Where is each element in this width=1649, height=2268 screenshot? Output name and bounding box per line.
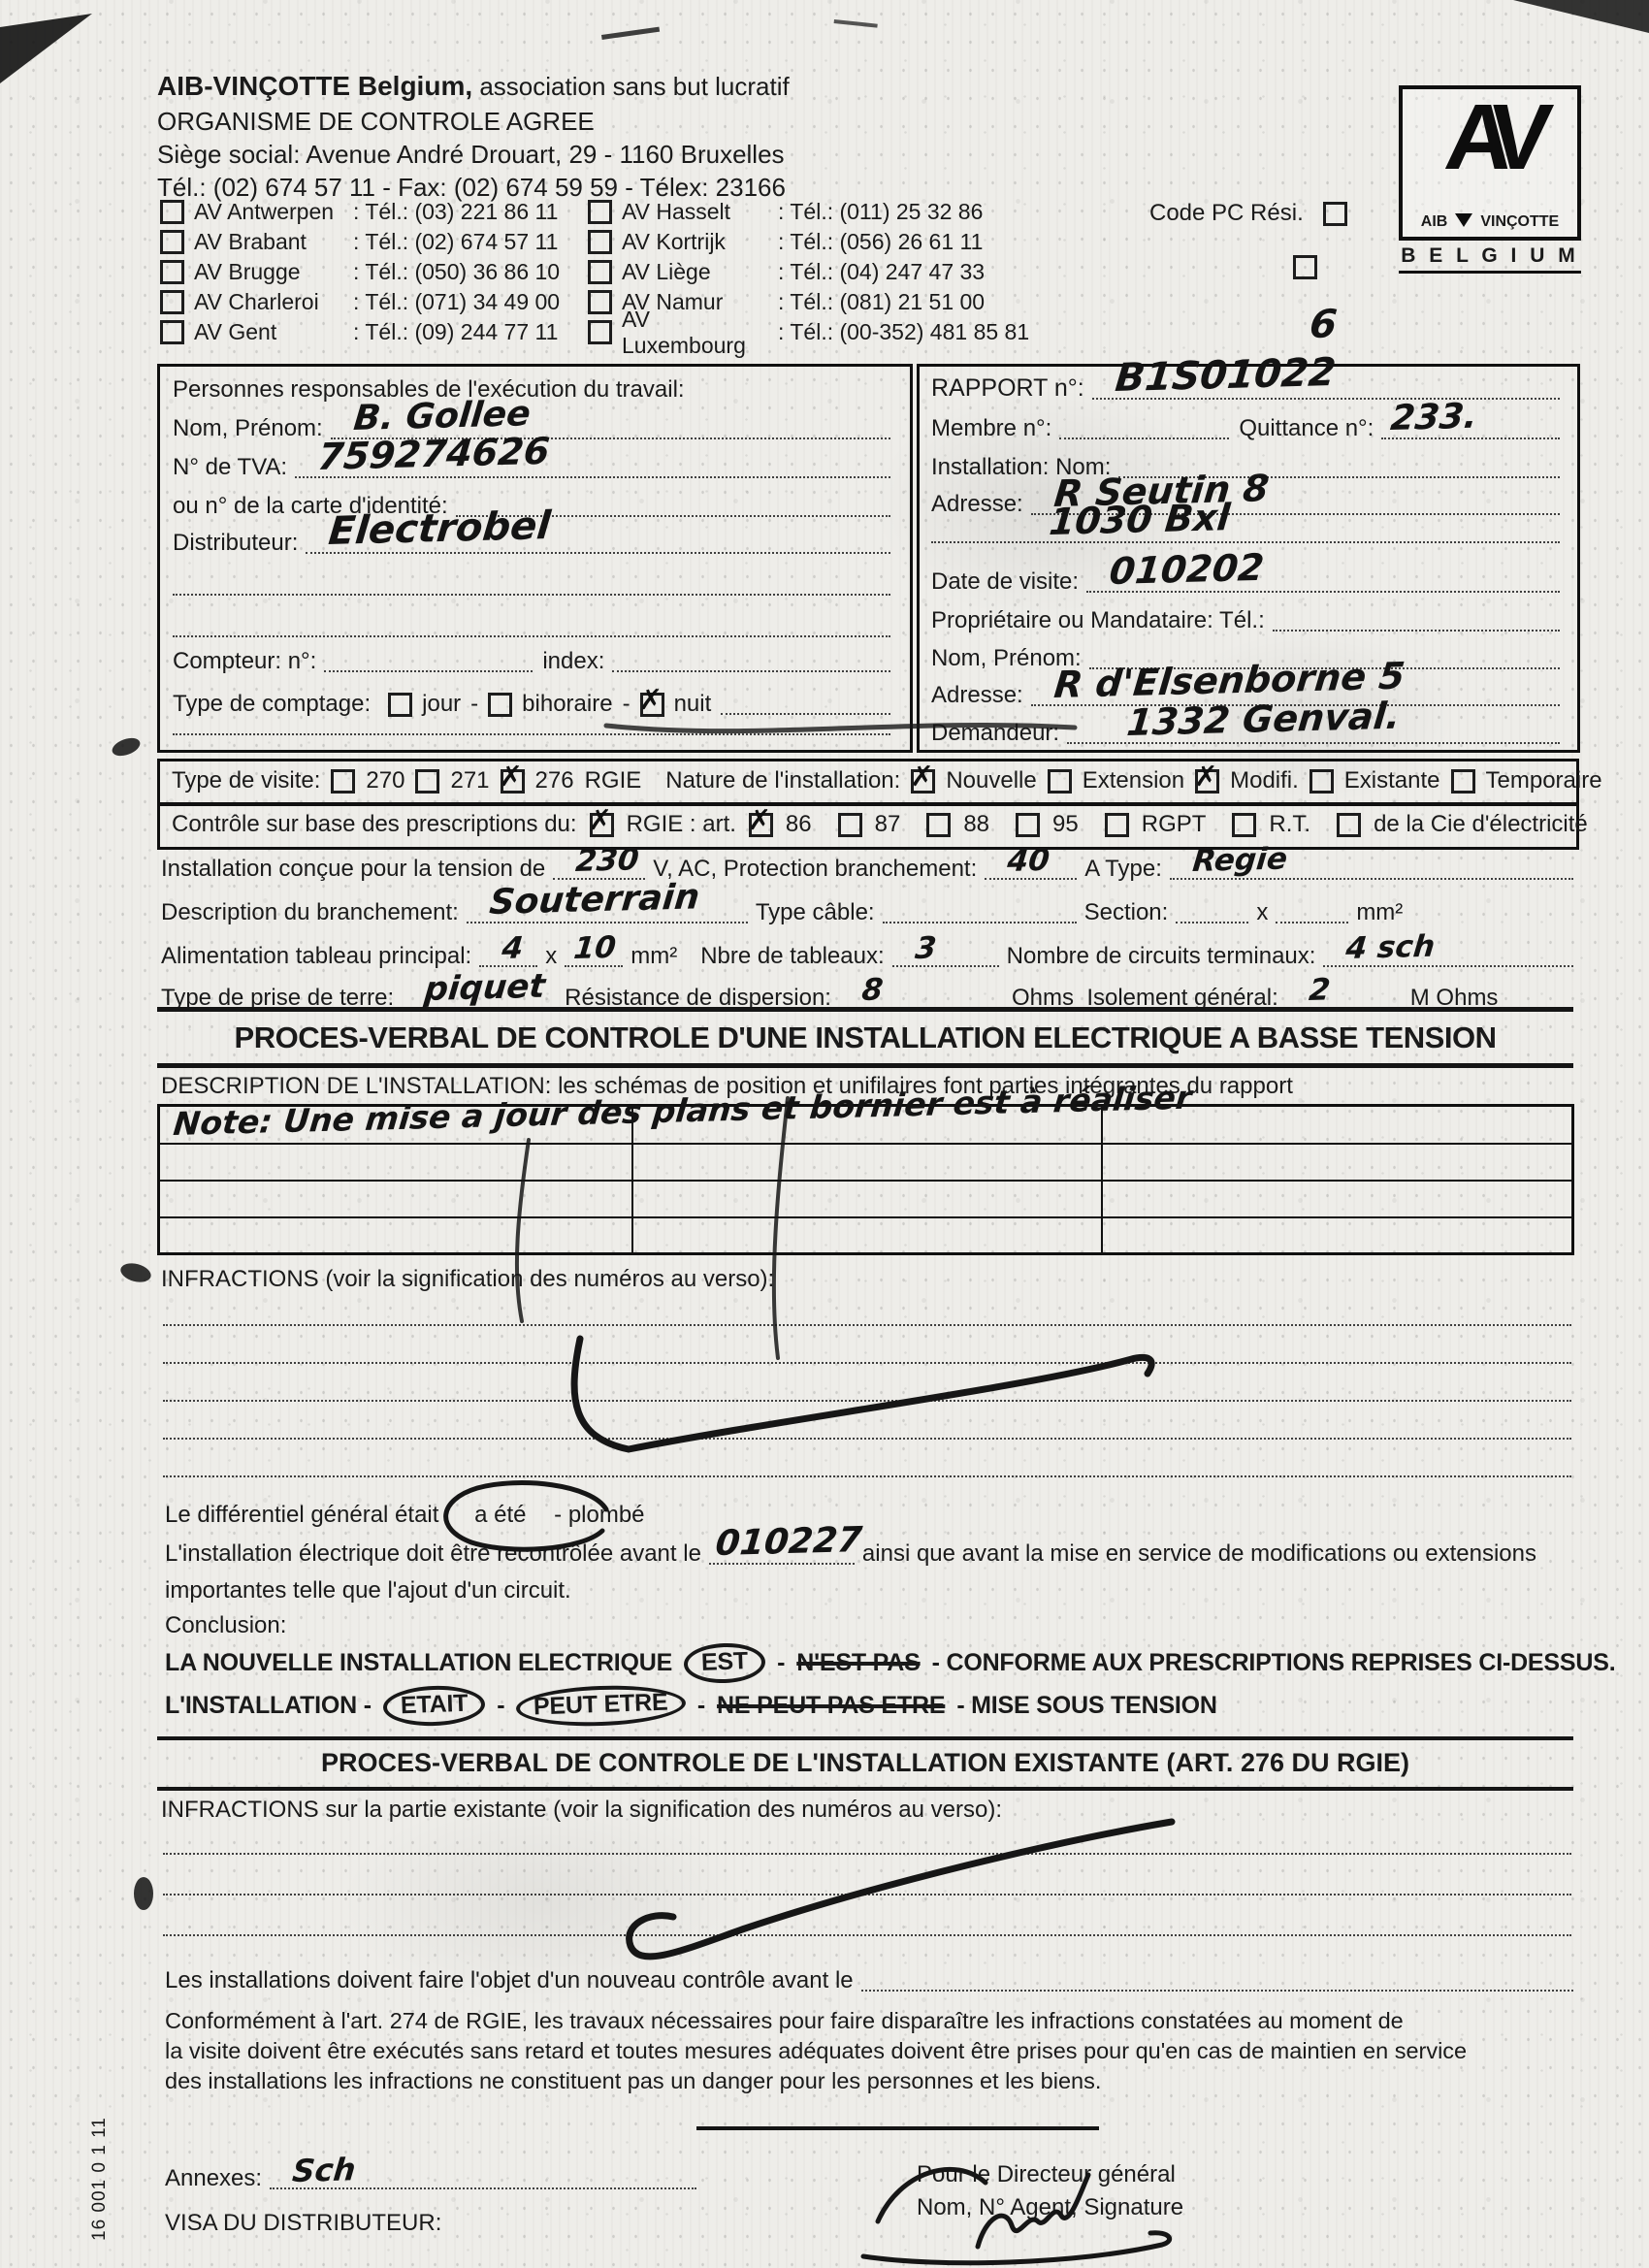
agent-signature-label: Nom, N° Agent, Signature	[917, 2194, 1183, 2221]
office-name: AV Luxembourg	[622, 307, 778, 359]
handwritten-annexes: Sch	[291, 2154, 357, 2187]
recontrole-line-2: importantes telle que l'ajout d'un circu…	[165, 1577, 571, 1604]
type-visite-row: Type de visite: 270 271 ✗276 RGIE Nature…	[160, 761, 1576, 800]
handwritten-protection: 40	[1006, 846, 1051, 877]
conformement-paragraph: Conformément à l'art. 274 de RGIE, les t…	[165, 2006, 1581, 2096]
office-tel: : Tél.: (011) 25 32 86	[778, 199, 983, 225]
scan-artifact	[134, 1877, 153, 1910]
title-rule-bottom	[157, 1063, 1573, 1068]
handwritten-date: 010202	[1108, 549, 1266, 590]
section-rule-top	[157, 1736, 1573, 1740]
art-88-checkbox	[926, 813, 951, 837]
office-checkbox	[160, 320, 184, 344]
conclusion-line-2: L'INSTALLATION - ETAIT - PEUT ETRE - NE …	[165, 1686, 1217, 1726]
scanned-inspection-report: AIB-VINÇOTTE Belgium, association sans b…	[0, 0, 1649, 2268]
code-pc-checkbox-2	[1293, 255, 1317, 279]
office-row: AV Charleroi : Tél.: (071) 34 49 00 AV N…	[160, 287, 1029, 317]
logo-triangle-icon	[1455, 213, 1472, 227]
controle-box: Contrôle sur base des prescriptions du: …	[157, 802, 1579, 850]
scan-artifact	[1513, 0, 1649, 33]
office-name: AV Kortrijk	[622, 229, 726, 255]
office-checkbox	[588, 200, 612, 224]
field-date-visite: Date de visite: 010202	[931, 568, 1560, 596]
art-95-checkbox	[1016, 813, 1040, 837]
blank-dotted-line	[173, 733, 890, 735]
nature-temporaire-checkbox	[1451, 769, 1475, 794]
handwritten-circuits: 4 sch	[1344, 932, 1437, 964]
handwritten-tension: 230	[574, 845, 640, 877]
office-tel: : Tél.: (081) 21 51 00	[778, 289, 985, 315]
logo-belgium: B E L G I U M	[1399, 241, 1581, 274]
spec-branchement: Description du branchement: Souterrain T…	[161, 899, 1573, 926]
existing-section-title: PROCES-VERBAL DE CONTROLE DE L'INSTALLAT…	[157, 1748, 1573, 1778]
infraction-line	[163, 1894, 1571, 1895]
blank-dotted-line	[173, 594, 890, 596]
office-tel: : Tél.: (04) 247 47 33	[778, 259, 985, 285]
circled-peut-etre: PEUT ETRE	[516, 1683, 687, 1729]
office-checkbox	[588, 290, 612, 314]
infraction-line	[163, 1853, 1571, 1855]
handwritten-dispersion: 8	[860, 975, 885, 1006]
infraction-line	[163, 1362, 1571, 1364]
office-row: AV Brabant : Tél.: (02) 674 57 11 AV Kor…	[160, 227, 1029, 257]
infraction-line	[163, 1934, 1571, 1936]
footer-rule	[696, 2126, 1099, 2130]
page-title: PROCES-VERBAL DE CONTROLE D'UNE INSTALLA…	[157, 1021, 1573, 1055]
spec-alimentation: Alimentation tableau principal: 4 x 10 m…	[161, 943, 1573, 970]
office-checkbox	[588, 230, 612, 254]
field-tva: N° de TVA: 759274626	[173, 454, 890, 481]
rt-checkbox	[1232, 813, 1256, 837]
differentiel-line: Le différentiel général était a été - pl…	[165, 1502, 645, 1529]
visite-271-checkbox	[415, 769, 439, 794]
org-line2: ORGANISME DE CONTROLE AGREE	[157, 105, 790, 138]
controle-rgie-checkbox: ✗	[590, 813, 614, 837]
field-installation-adresse2: 1030 Bxl	[931, 534, 1560, 546]
title-rule-top	[157, 1007, 1573, 1012]
blank-dotted-line	[173, 635, 890, 637]
controle-row: Contrôle sur base des prescriptions du: …	[160, 805, 1576, 844]
field-demandeur: Demandeur: 1332 Genval.	[931, 720, 1560, 747]
conclusion-label: Conclusion:	[165, 1612, 286, 1639]
handwritten-nbre-tableaux: 3	[914, 933, 938, 964]
office-checkbox	[160, 260, 184, 284]
struck-nest-pas: N'EST PAS	[796, 1649, 920, 1677]
nouveau-controle-line: Les installations doivent faire l'objet …	[165, 1967, 1573, 1994]
org-suffix: association sans but lucratif	[472, 72, 790, 101]
handwritten-branchement: Souterrain	[488, 880, 701, 921]
circled-etait: ETAIT	[382, 1684, 486, 1728]
office-checkbox	[588, 320, 612, 344]
office-name: AV Hasselt	[622, 199, 730, 225]
field-distributeur: Distributeur: Electrobel	[173, 530, 890, 557]
recontrole-line: L'installation électrique doit être reco…	[165, 1540, 1573, 1568]
office-tel: : Tél.: (00-352) 481 85 81	[778, 319, 1029, 345]
table-row-divider	[160, 1143, 1571, 1145]
handwritten-quittance: 233.	[1389, 400, 1479, 437]
field-membre-quittance: Membre n°: Quittance n°: 233.	[931, 415, 1560, 442]
nature-existante-checkbox	[1309, 769, 1334, 794]
org-header: AIB-VINÇOTTE Belgium, association sans b…	[157, 70, 790, 204]
visite-276-checkbox: ✗	[501, 769, 525, 794]
cie-electricite-checkbox	[1337, 813, 1361, 837]
handwritten-adresse-cp: 1030 Bxl	[1048, 499, 1232, 540]
jour-checkbox	[388, 693, 412, 717]
existing-infractions-swoosh	[630, 1822, 1172, 1957]
logo-av-mark: AV	[1441, 91, 1538, 184]
handwritten-rapport: B1S01022	[1114, 353, 1338, 398]
handwritten-demandeur-cp: 1332 Genval.	[1125, 697, 1402, 741]
logo-vincotte: VINÇOTTE	[1480, 213, 1559, 231]
art-87-checkbox	[838, 813, 862, 837]
form-code-vertical: 16 001 0 1 11	[89, 2117, 111, 2241]
infraction-line	[163, 1475, 1571, 1477]
section-rule-bottom	[157, 1787, 1573, 1791]
nature-modifi-checkbox: ✗	[1195, 769, 1219, 794]
office-tel: : Tél.: (02) 674 57 11	[353, 229, 588, 255]
logo-aib: AIB	[1421, 213, 1448, 231]
infraction-line	[163, 1400, 1571, 1402]
field-type-comptage: Type de comptage: jour - bihoraire - ✗ n…	[173, 691, 890, 718]
directeur-label: Pour le Directeur général	[917, 2161, 1176, 2188]
office-row: AV Antwerpen : Tél.: (03) 221 86 11 AV H…	[160, 197, 1029, 227]
office-name: AV Brugge	[194, 259, 301, 285]
office-row: AV Brugge : Tél.: (050) 36 86 10 AV Lièg…	[160, 257, 1029, 287]
office-checkbox	[588, 260, 612, 284]
office-tel: : Tél.: (03) 221 86 11	[353, 199, 588, 225]
infraction-line	[163, 1324, 1571, 1326]
scan-artifact	[601, 27, 660, 40]
annexes-line: Annexes: Sch	[165, 2165, 696, 2192]
struck-ne-peut-pas-etre: NE PEUT PAS ETRE	[717, 1692, 945, 1720]
office-tel: : Tél.: (09) 244 77 11	[353, 319, 588, 345]
infractions-swoosh	[574, 1339, 1151, 1449]
handwritten-tva: 759274626	[316, 433, 551, 475]
handwritten-prise-terre: piquet	[423, 970, 546, 1006]
field-compteur: Compteur: n°: index:	[173, 648, 890, 675]
handwritten-recontrole-date: 010227	[714, 1523, 863, 1562]
nature-nouvelle-checkbox: ✗	[911, 769, 935, 794]
office-list: AV Antwerpen : Tél.: (03) 221 86 11 AV H…	[160, 197, 1029, 347]
visite-270-checkbox	[331, 769, 355, 794]
description-table: Note: Une mise a jour des plans et borni…	[157, 1104, 1574, 1255]
handwritten-isolement: 2	[1308, 975, 1332, 1006]
scan-artifact	[110, 734, 143, 759]
nature-extension-checkbox	[1048, 769, 1072, 794]
scan-artifact	[0, 14, 92, 83]
conclusion-line-1: LA NOUVELLE INSTALLATION ELECTRIQUE EST …	[165, 1643, 1615, 1683]
office-checkbox	[160, 200, 184, 224]
office-name: AV Antwerpen	[194, 199, 334, 225]
office-tel: : Tél.: (050) 36 86 10	[353, 259, 588, 285]
circled-est: EST	[683, 1642, 765, 1685]
office-checkbox	[160, 230, 184, 254]
office-name: AV Charleroi	[194, 289, 319, 315]
rgpt-checkbox	[1105, 813, 1129, 837]
handwritten-alim-1: 4	[501, 933, 525, 964]
office-name: AV Liège	[622, 259, 711, 285]
org-name: AIB-VINÇOTTE Belgium,	[157, 71, 472, 101]
type-visite-box: Type de visite: 270 271 ✗276 RGIE Nature…	[157, 759, 1579, 806]
art-86-checkbox: ✗	[749, 813, 773, 837]
field-installation-adresse: Adresse: R Seutin 8	[931, 491, 1560, 518]
scan-artifact	[834, 19, 878, 28]
spec-tension: Installation conçue pour la tension de 2…	[161, 856, 1573, 883]
nuit-checkbox: ✗	[640, 693, 664, 717]
signature-stroke	[863, 2233, 1170, 2263]
handwritten-six: 6	[1308, 302, 1339, 347]
office-name: AV Brabant	[194, 229, 307, 255]
bihoraire-checkbox	[488, 693, 512, 717]
office-tel: : Tél.: (056) 26 61 11	[778, 229, 983, 255]
office-row: AV Gent : Tél.: (09) 244 77 11 AV Luxemb…	[160, 317, 1029, 347]
handwritten-distributeur: Electrobel	[327, 506, 552, 551]
code-pc-resi: Code PC Rési.	[1149, 200, 1347, 227]
scan-artifact	[118, 1260, 153, 1285]
field-proprietaire: Propriétaire ou Mandataire: Tél.:	[931, 607, 1560, 634]
aib-vincotte-logo: AV AIB VINÇOTTE B E L G I U M	[1399, 85, 1581, 274]
table-row-divider	[160, 1216, 1571, 1218]
infractions-label: INFRACTIONS (voir la signification des n…	[161, 1266, 774, 1293]
infractions-existante-label: INFRACTIONS sur la partie existante (voi…	[161, 1797, 1002, 1824]
office-checkbox	[160, 290, 184, 314]
code-pc-checkbox	[1323, 202, 1347, 226]
infraction-line	[163, 1438, 1571, 1440]
table-row-divider	[160, 1180, 1571, 1182]
visa-distributeur-label: VISA DU DISTRIBUTEUR:	[165, 2210, 441, 2237]
org-line3: Siège social: Avenue André Drouart, 29 -…	[157, 138, 790, 171]
office-tel: : Tél.: (071) 34 49 00	[353, 289, 588, 315]
handwritten-type: Regie	[1191, 844, 1288, 877]
handwritten-alim-2: 10	[572, 933, 617, 964]
office-name: AV Gent	[194, 319, 276, 345]
